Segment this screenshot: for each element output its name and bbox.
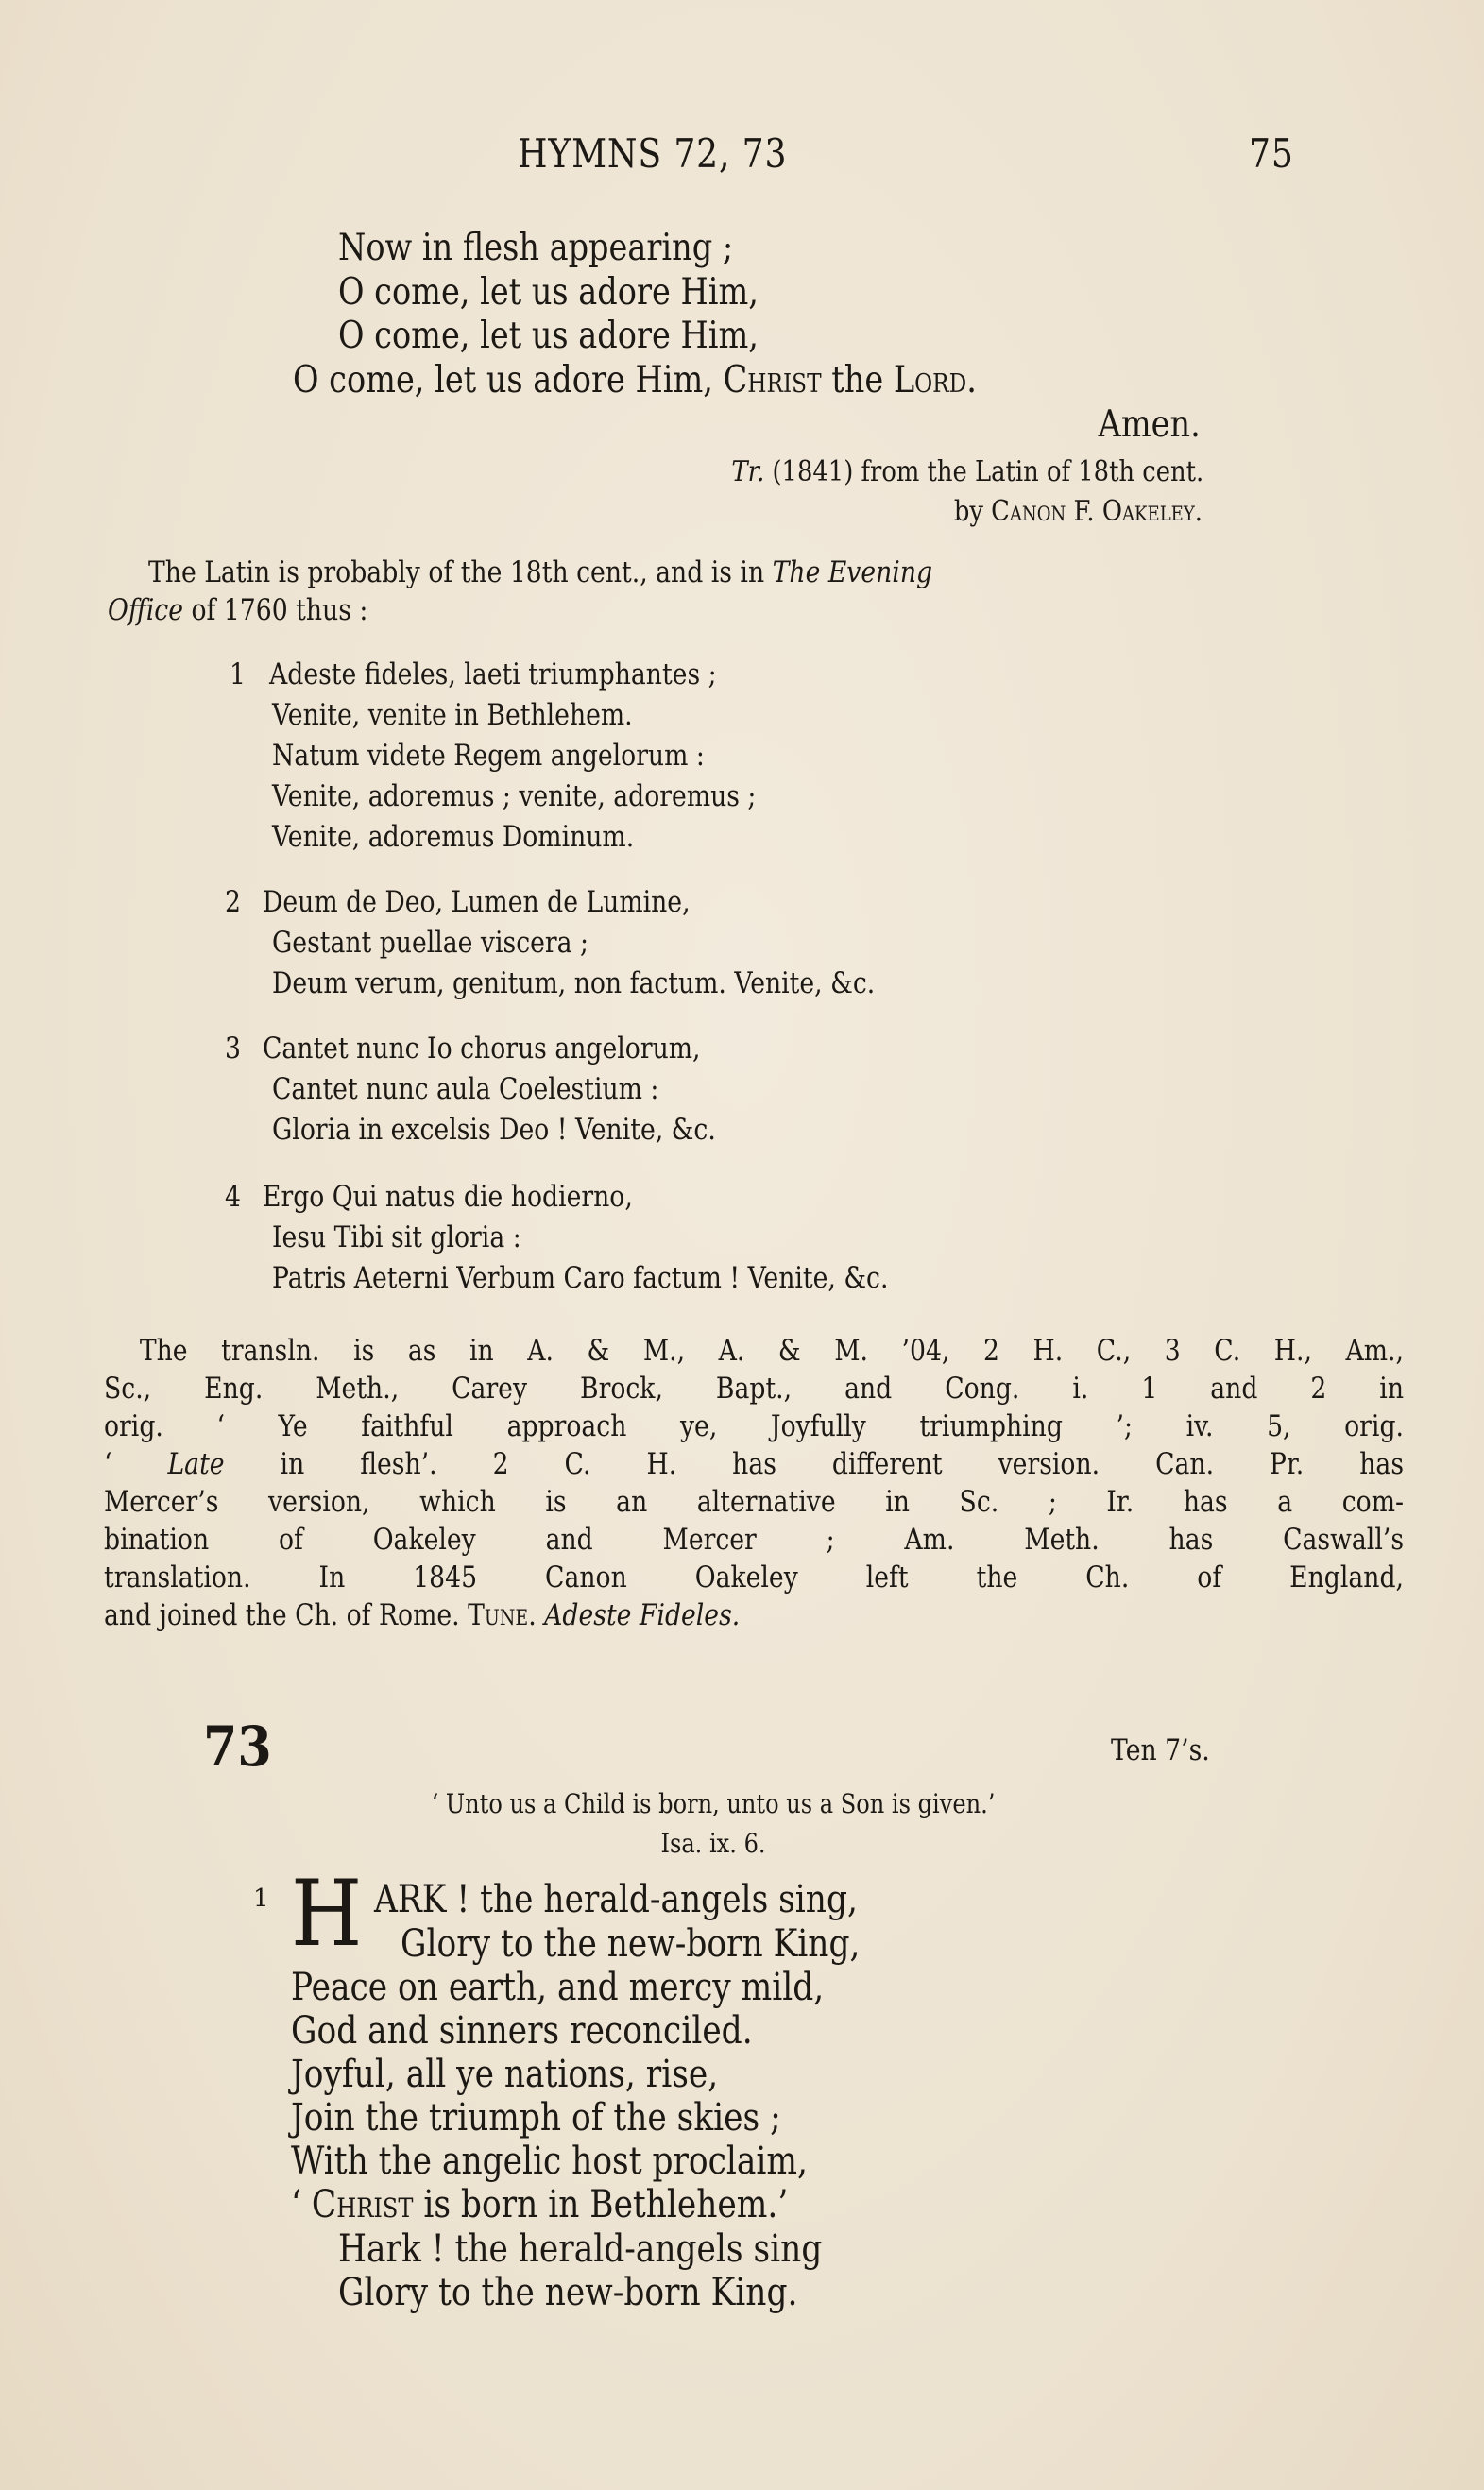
attribution-translation: Tr. (1841) from the Latin of 18th cent. xyxy=(731,455,1203,488)
running-title: HYMNS 72, 73 xyxy=(518,130,787,177)
verse-number: 1 xyxy=(253,1885,269,1913)
verse-line: Peace on earth, and mercy mild, xyxy=(291,1966,824,2009)
verse-number: 3 xyxy=(225,1032,241,1066)
verse-line: O come, let us adore Him, xyxy=(338,271,759,314)
verse-number: 1 xyxy=(230,657,246,691)
verse-line: God and sinners reconciled. xyxy=(291,2009,753,2053)
translation-note: The transln. is as in A. & M., A. & M. ’… xyxy=(104,1332,1404,1634)
drop-cap: H xyxy=(291,1868,362,1959)
verse-line: Gestant puellae viscera ; xyxy=(272,926,588,960)
verse-line: Iesu Tibi sit gloria : xyxy=(272,1220,521,1254)
amen: Amen. xyxy=(1099,403,1201,446)
note-line: and joined the Ch. of Rome. Tune. Adeste… xyxy=(104,1596,1404,1634)
verse-line: Cantet nunc Io chorus angelorum, xyxy=(263,1032,700,1066)
verse-line: Deum de Deo, Lumen de Lumine, xyxy=(263,885,691,919)
verse-line: Adeste fideles, laeti triumphantes ; xyxy=(269,657,717,691)
verse-line: Deum verum, genitum, non factum. Venite,… xyxy=(272,966,875,1000)
note-line: Sc., Eng. Meth., Carey Brock, Bapt., and… xyxy=(104,1370,1404,1407)
epigraph-reference: Isa. ix. 6. xyxy=(332,1828,1095,1859)
verse-line: Now in flesh appearing ; xyxy=(338,227,733,269)
verse-line: Venite, adoremus ; venite, adoremus ; xyxy=(272,779,756,813)
note-line: orig. ‘ Ye faithful approach ye, Joyfull… xyxy=(104,1407,1404,1445)
tune-name: Adeste Fideles. xyxy=(544,1598,740,1632)
refrain-line: Hark ! the herald-angels sing xyxy=(338,2227,822,2271)
verse-line: With the angelic host proclaim, xyxy=(291,2140,808,2183)
refrain-line: Glory to the new-born King. xyxy=(338,2271,797,2314)
verse-line: Glory to the new-born King, xyxy=(401,1922,860,1966)
note-line: translation. In 1845 Canon Oakeley left … xyxy=(104,1559,1404,1596)
verse-line: Venite, venite in Bethlehem. xyxy=(272,698,633,732)
verse-line: Joyful, all ye nations, rise, xyxy=(291,2053,718,2096)
latin-note-line-2: Office of 1760 thus : xyxy=(108,593,367,627)
verse-line: Venite, adoremus Dominum. xyxy=(272,820,634,854)
verse-line: Gloria in excelsis Deo ! Venite, &c. xyxy=(272,1113,716,1147)
verse-line: ‘ Christ is born in Bethlehem.’ xyxy=(291,2183,788,2226)
lord-smallcaps: Lord. xyxy=(894,359,977,401)
verse-number: 2 xyxy=(225,885,241,919)
note-line: Mercer’s version, which is an alternativ… xyxy=(104,1483,1404,1521)
attribution-author: by Canon F. Oakeley. xyxy=(954,495,1203,528)
verse-line: O come, let us adore Him, Christ the Lor… xyxy=(293,359,977,401)
verse-line: Ergo Qui natus die hodierno, xyxy=(263,1180,633,1214)
note-line: bination of Oakeley and Mercer ; Am. Met… xyxy=(104,1521,1404,1559)
verse-number: 4 xyxy=(225,1180,241,1214)
hymn-meter: Ten 7’s. xyxy=(1111,1733,1210,1767)
note-line: The transln. is as in A. & M., A. & M. ’… xyxy=(104,1332,1404,1370)
verse-line: Patris Aeterni Verbum Caro factum ! Veni… xyxy=(272,1261,888,1295)
page-number: 75 xyxy=(1249,130,1294,177)
hymn-number: 73 xyxy=(203,1714,272,1779)
christ-smallcaps: Christ xyxy=(724,359,822,401)
verse-line: Join the triumph of the skies ; xyxy=(291,2096,781,2140)
verse-line: O come, let us adore Him, xyxy=(338,315,759,357)
verse-line: ARK ! the herald-angels sing, xyxy=(374,1878,858,1921)
christ-smallcaps: Christ xyxy=(312,2183,414,2226)
verse-line: Natum videte Regem angelorum : xyxy=(272,739,705,773)
latin-note-line-1: The Latin is probably of the 18th cent.,… xyxy=(148,555,932,589)
verse-line: Cantet nunc aula Coelestium : xyxy=(272,1072,658,1106)
epigraph: ‘ Unto us a Child is born, unto us a Son… xyxy=(332,1788,1095,1819)
note-line: ‘ Late in flesh’. 2 C. H. has different … xyxy=(104,1445,1404,1483)
tune-label: Tune. xyxy=(468,1598,537,1632)
